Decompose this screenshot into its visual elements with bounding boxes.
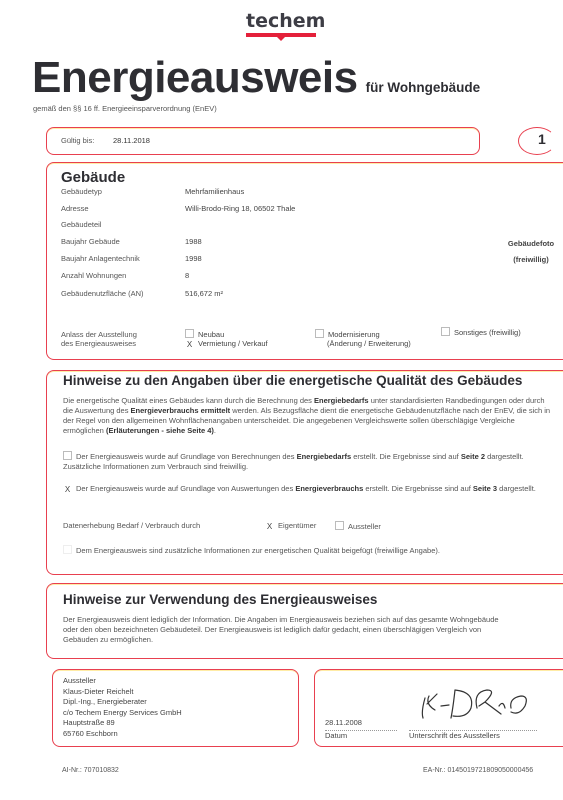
option-sonstiges-label: Sonstiges (freiwillig) [454,328,521,337]
checkbox-sonstiges[interactable] [441,327,450,336]
hinweise-angaben-title: Hinweise zu den Angaben über die energet… [63,373,522,388]
aussteller-box: Aussteller Klaus-Dieter Reichelt Dipl.-I… [52,669,299,747]
option-eigentuemer[interactable]: XEigentümer [265,521,316,531]
gebaeude-row-value: Willi-Brodo-Ring 18, 06502 Thale [185,204,295,213]
hinweise-verwendung-text: Der Energieausweis dient lediglich der I… [63,615,508,645]
option-neubau-label: Neubau [198,330,224,339]
signature-icon [415,678,535,722]
option-eigentuemer-label: Eigentümer [278,521,316,530]
title-main: Energieausweis [32,53,358,102]
option-modernisierung-label: Modernisierung [328,330,380,339]
checkbox-energiebedarf[interactable] [63,451,72,460]
aussteller-line: Hauptstraße 89 [63,718,182,729]
gebaeude-row-label: Gebäudenutzfläche (AN) [61,289,144,298]
hinweise-verwendung-title: Hinweise zur Verwendung des Energieauswe… [63,592,377,607]
checkbox-vermietung[interactable]: X [185,340,194,349]
option-energieverbrauch[interactable]: XDer Energieausweis wurde auf Grundlage … [63,484,543,494]
signature-date: 28.11.2008 [325,718,362,729]
gebaeude-title: Gebäude [61,169,125,186]
checkbox-aussteller[interactable] [335,521,344,530]
footer-ai-number: AI-Nr.: 707010832 [62,767,119,774]
aussteller-line: Dipl.-Ing., Energieberater [63,697,182,708]
validity-value: 28.11.2018 [113,136,150,145]
aussteller-line: Klaus-Dieter Reichelt [63,687,182,698]
gebaeude-row-label: Baujahr Gebäude [61,237,120,246]
aussteller-block: Aussteller Klaus-Dieter Reichelt Dipl.-I… [63,676,182,739]
validity-label: Gültig bis: [61,136,94,145]
option-neubau[interactable]: Neubau [185,329,224,339]
signature-label: Unterschrift des Ausstellers [409,731,500,742]
signature-box: 28.11.2008 Datum Unterschrift des Ausste… [314,669,563,747]
photo-sublabel: (freiwillig) [495,255,563,264]
gebaeude-row-label: Gebäudetyp [61,187,102,196]
anlass-label-line2: des Energieausweises [61,339,137,348]
gebaeude-row-value: 1998 [185,254,202,263]
checkbox-zusatzinformationen[interactable] [63,545,72,554]
hinweise-verwendung-section: Hinweise zur Verwendung des Energieauswe… [46,583,563,659]
option-zusatzinformationen[interactable]: Dem Energieausweis sind zusätzliche Info… [63,545,440,556]
photo-label: Gebäudefoto [495,239,563,248]
option-modernisierung[interactable]: Modernisierung (Änderung / Erweiterung) [315,329,411,348]
checkbox-energieverbrauch[interactable]: X [63,485,72,494]
gebaeude-row-label: Anzahl Wohnungen [61,271,126,280]
option-vermietung-label: Vermietung / Verkauf [198,339,268,348]
logo-underline [246,33,316,37]
footer-ea-number: EA-Nr.: 0145019721809050000456 [423,767,533,774]
page-number: 1 [538,131,546,147]
aussteller-heading: Aussteller [63,676,182,687]
gebaeude-row-label: Adresse [61,204,89,213]
checkbox-eigentuemer[interactable]: X [265,522,274,531]
anlass-label-line1: Anlass der Ausstellung [61,330,137,339]
gebaeude-section: Gebäude GebäudetypMehrfamilienhausAdress… [46,162,563,360]
option-vermietung[interactable]: XVermietung / Verkauf [185,339,268,349]
anlass-label: Anlass der Ausstellung des Energieauswei… [61,330,137,348]
checkbox-neubau[interactable] [185,329,194,338]
gebaeude-row-value: 516,672 m² [185,289,223,298]
hinweise-angaben-section: Hinweise zu den Angaben über die energet… [46,370,563,575]
gebaeude-row-value: 1988 [185,237,202,246]
date-label: Datum [325,731,347,742]
option-modernisierung-label2: (Änderung / Erweiterung) [327,339,411,348]
option-sonstiges[interactable]: Sonstiges (freiwillig) [441,327,521,337]
zusatzinformationen-label: Dem Energieausweis sind zusätzliche Info… [76,546,440,555]
validity-box: Gültig bis: 28.11.2018 [46,127,480,155]
datenerhebung-label: Datenerhebung Bedarf / Verbrauch durch [63,521,200,531]
title-suffix: für Wohngebäude [366,80,481,95]
aussteller-line: 65760 Eschborn [63,729,182,740]
option-energiebedarf[interactable]: Der Energieausweis wurde auf Grundlage v… [63,451,543,472]
page-subtitle: gemäß den §§ 16 ff. Energieeinsparverord… [33,104,217,113]
gebaeude-row-value: Mehrfamilienhaus [185,187,244,196]
hinweise-intro: Die energetische Qualität eines Gebäudes… [63,396,553,436]
gebaeude-row-value: 8 [185,271,189,280]
gebaeude-row-label: Gebäudeteil [61,220,101,229]
option-aussteller[interactable]: Aussteller [335,521,381,532]
option-aussteller-label: Aussteller [348,522,381,531]
building-photo-placeholder: Gebäudefoto (freiwillig) [495,181,563,341]
page-number-circle [518,127,556,155]
gebaeude-row-label: Baujahr Anlagentechnik [61,254,140,263]
page-title: Energieausweisfür Wohngebäude [32,56,480,100]
checkbox-modernisierung[interactable] [315,329,324,338]
aussteller-line: c/o Techem Energy Services GmbH [63,708,182,719]
logo-text: techem [246,11,316,31]
techem-logo: techem [246,11,316,37]
